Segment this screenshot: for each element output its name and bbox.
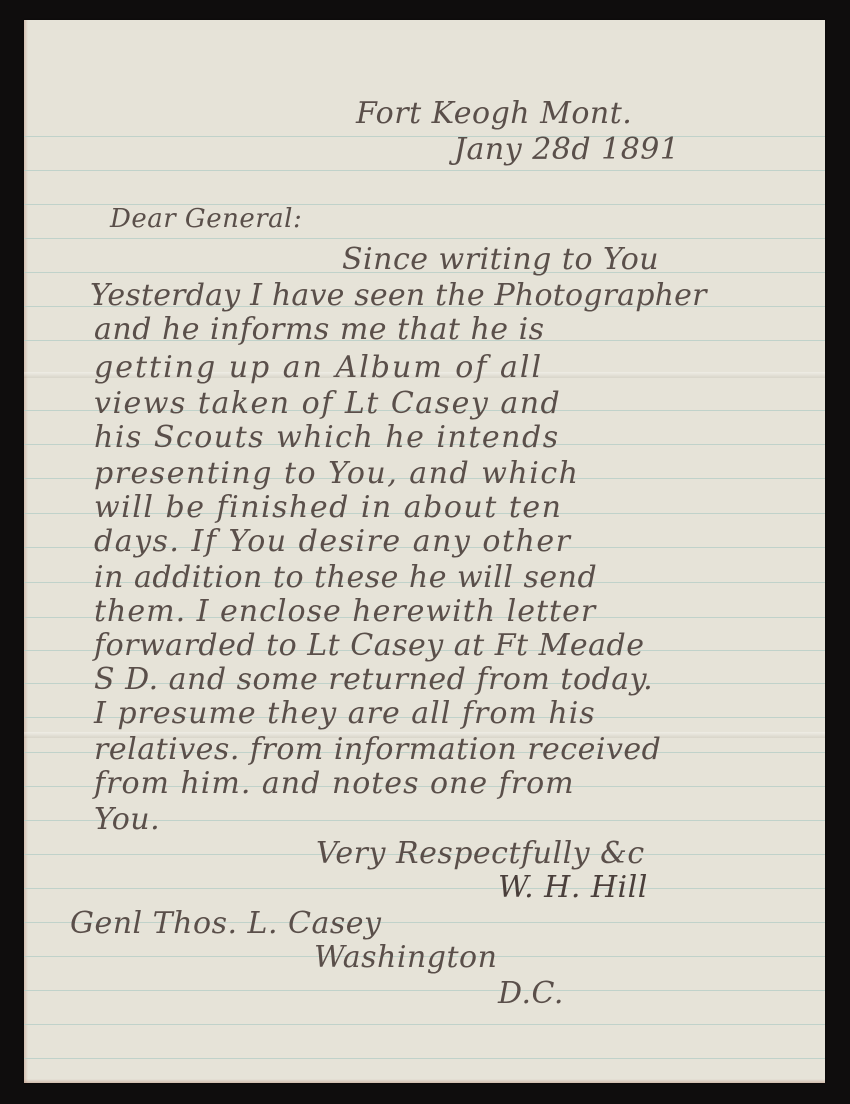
body-line: and he informs me that he is — [94, 312, 545, 347]
body-line: days. If You desire any other — [94, 524, 571, 559]
paper-bottom-edge — [24, 1079, 825, 1083]
heading-place: Fort Keogh Mont. — [356, 96, 632, 131]
body-line: relatives. from information received — [94, 732, 661, 767]
rule-line — [24, 888, 825, 889]
body-line: presenting to You, and which — [94, 456, 579, 491]
paper-left-edge — [24, 20, 28, 1083]
rule-line — [24, 170, 825, 171]
rule-line — [24, 1024, 825, 1025]
body-line: from him. and notes one from — [94, 766, 575, 801]
salutation: Dear General: — [110, 204, 302, 234]
body-line: I presume they are all from his — [94, 696, 596, 731]
signature: W. H. Hill — [498, 870, 648, 905]
rule-line — [24, 990, 825, 991]
body-line: S D. and some returned from today. — [94, 662, 653, 697]
addressee-name: Genl Thos. L. Casey — [70, 906, 381, 941]
letter-paper: Fort Keogh Mont. Jany 28d 1891 Dear Gene… — [24, 20, 825, 1083]
body-line: them. I enclose herewith letter — [94, 594, 596, 629]
rule-line — [24, 1058, 825, 1059]
body-line: getting up an Album of all — [94, 350, 543, 385]
body-line: views taken of Lt Casey and — [94, 386, 561, 421]
body-line: forwarded to Lt Casey at Ft Meade — [94, 628, 644, 663]
body-line: his Scouts which he intends — [94, 420, 560, 455]
body-line: Yesterday I have seen the Photographer — [90, 278, 707, 313]
body-line: will be finished in about ten — [94, 490, 562, 525]
body-line: You. — [94, 802, 160, 837]
heading-date: Jany 28d 1891 — [454, 132, 679, 167]
closing: Very Respectfully &c — [316, 836, 645, 871]
rule-line — [24, 136, 825, 137]
addressee-state: D.C. — [498, 976, 564, 1011]
addressee-city: Washington — [314, 940, 497, 975]
rule-line — [24, 238, 825, 239]
body-line: in addition to these he will send — [94, 560, 597, 595]
body-line: Since writing to You — [342, 242, 659, 277]
